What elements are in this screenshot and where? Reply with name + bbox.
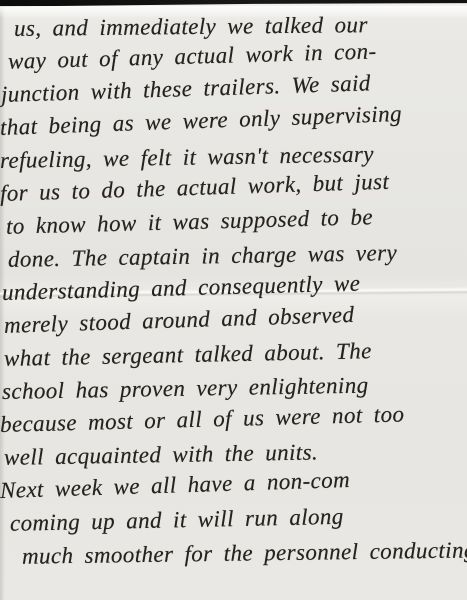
letter-body: us, and immediately we talked our way ou… (0, 12, 467, 573)
handwritten-line: much smoother for the personnel conducti… (0, 533, 467, 573)
letter-page: us, and immediately we talked our way ou… (0, 0, 467, 600)
